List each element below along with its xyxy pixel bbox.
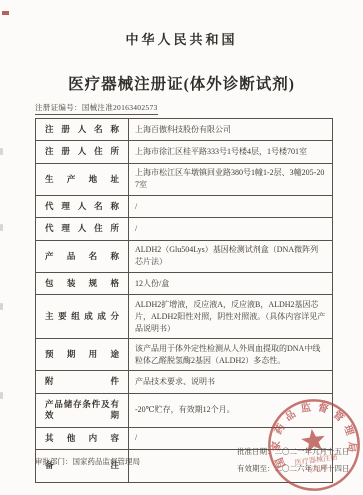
row-label: 生产地址 [36, 163, 129, 195]
row-label: 预期用途 [36, 339, 129, 371]
row-label: 产品储存条件及有效期 [36, 393, 129, 427]
row-value: ALDH2扩增液，反应液A，反应液B，ALDH2基因芯片，ALDH2阳性对照，阴… [129, 295, 333, 339]
table-row: 注册人住所 上海市徐汇区桂平路333号1号楼4层，1号楼701室 [36, 141, 333, 163]
valid-until-value: 二〇二六年九月十四日 [275, 464, 350, 473]
row-value: / [129, 195, 333, 217]
row-label: 其他内容 [36, 427, 129, 449]
row-value: 上海百傲科技股份有限公司 [129, 119, 333, 141]
table-row: 代理人名称 / [36, 195, 333, 217]
table-row: 附件 产品技术要求、说明书 [36, 371, 333, 393]
table-row: 产品储存条件及有效期 -20℃贮存，有效期12个月。 [36, 393, 333, 427]
row-label: 包装规格 [36, 272, 129, 294]
certificate-table: 注册人名称 上海百傲科技股份有限公司 注册人住所 上海市徐汇区桂平路333号1号… [35, 118, 333, 483]
footer-dates: 批准日期：二〇二一年九月十五日 有效期至：二〇二六年九月十四日 [237, 444, 350, 477]
table-row: 预期用途 该产品用于体外定性检测从人外周血提取的DNA中线粒体乙醛脱氢酶2基因（… [36, 339, 333, 371]
registration-number: 注册证编号：国械注准20163402573 [35, 102, 158, 115]
table-row: 生产地址 上海市松江区车墩镇回业路380号1幢1-2层、3幢205-207室 [36, 163, 333, 195]
valid-until-label: 有效期至： [237, 464, 275, 473]
row-value: 上海市徐汇区桂平路333号1号楼4层，1号楼701室 [129, 141, 333, 163]
approval-date: 批准日期：二〇二一年九月十五日 [237, 444, 350, 461]
approval-department: 审批部门：国家药品监督管理局 [35, 456, 140, 467]
country-title: 中华人民共和国 [0, 0, 363, 48]
scan-smudge-artifact [0, 224, 3, 231]
table-row: 注册人名称 上海百傲科技股份有限公司 [36, 119, 333, 141]
row-label: 附件 [36, 371, 129, 393]
approval-department-value: 国家药品监督管理局 [73, 457, 141, 466]
approval-department-label: 审批部门： [35, 457, 73, 466]
table-row: 主要组成成分 ALDH2扩增液，反应液A，反应液B，ALDH2基因芯片，ALDH… [36, 295, 333, 339]
row-value: 该产品用于体外定性检测从人外周血提取的DNA中线粒体乙醛脱氢酶2基因（ALDH2… [129, 339, 333, 371]
row-label: 注册人名称 [36, 119, 129, 141]
scan-smudge-artifact [0, 148, 3, 155]
registration-number-value: 国械注准20163402573 [82, 103, 158, 112]
row-label: 注册人住所 [36, 141, 129, 163]
row-value: 产品技术要求、说明书 [129, 371, 333, 393]
certificate-title: 医疗器械注册证(体外诊断试剂) [0, 72, 363, 94]
certificate-page: 中华人民共和国 医疗器械注册证(体外诊断试剂) 注册证编号：国械注准201634… [0, 0, 363, 495]
scan-smudge-artifact [0, 303, 3, 310]
registration-number-label: 注册证编号： [35, 103, 82, 112]
table-row: 产品名称 ALDH2（Glu504Lys）基因检测试剂盒（DNA微阵列芯片法） [36, 240, 333, 272]
row-value: 12人份/盒 [129, 272, 333, 294]
approval-date-value: 二〇二一年九月十五日 [275, 447, 350, 456]
scan-smudge-artifact [0, 392, 3, 399]
row-value: -20℃贮存，有效期12个月。 [129, 393, 333, 427]
approval-date-label: 批准日期： [237, 447, 275, 456]
valid-until-date: 有效期至：二〇二六年九月十四日 [237, 461, 350, 478]
table-row: 代理人住所 / [36, 218, 333, 240]
row-value: / [129, 218, 333, 240]
row-label: 代理人住所 [36, 218, 129, 240]
row-label: 产品名称 [36, 240, 129, 272]
row-value: ALDH2（Glu504Lys）基因检测试剂盒（DNA微阵列芯片法） [129, 240, 333, 272]
row-label: 代理人名称 [36, 195, 129, 217]
table-row: 包装规格 12人份/盒 [36, 272, 333, 294]
row-label: 主要组成成分 [36, 295, 129, 339]
row-value: 上海市松江区车墩镇回业路380号1幢1-2层、3幢205-207室 [129, 163, 333, 195]
